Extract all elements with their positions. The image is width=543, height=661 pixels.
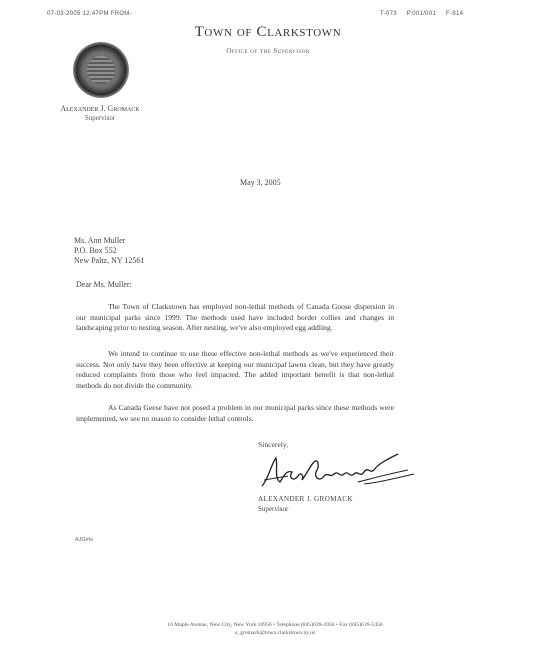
fax-header-right: T-073 P.001/001 F-814 [380, 11, 463, 17]
fax-header-left: 07-03-2005 12:47PM FROM- [47, 11, 132, 17]
letterhead-title: Town of Clarkstown [178, 24, 358, 41]
body-paragraph: The Town of Clarkstown has employed non-… [76, 302, 394, 334]
body-paragraph: We intend to continue to use these effec… [76, 349, 394, 391]
salutation: Dear Ms. Muller: [76, 280, 132, 289]
town-seal-icon [73, 42, 129, 98]
reference-initials: AJG/rls [75, 537, 93, 543]
closing: Sincerely, [258, 440, 288, 449]
recipient-city: New Paltz, NY 12561 [74, 256, 144, 266]
signer-name: ALEXANDER J. GROMACK [258, 495, 353, 503]
letter-date: May 3, 2005 [240, 178, 281, 187]
footer-email: a_gromack@town.clarkstown.ny.us [80, 630, 470, 636]
letterhead-supervisor-title: Supervisor [30, 114, 170, 122]
signature-icon [258, 452, 418, 492]
recipient-po-box: P.O. Box 552 [74, 246, 117, 256]
seal-center [87, 56, 115, 84]
footer-address: 10 Maple Avenue, New City, New York 1095… [80, 622, 470, 628]
recipient-name: Ms. Ann Muller [74, 236, 125, 246]
body-paragraph: As Canada Geese have not posed a problem… [76, 403, 394, 424]
letterhead-supervisor-name: Alexander J. Gromack [30, 104, 170, 113]
signer-title: Supervisor [258, 505, 288, 513]
letterhead-subtitle: Office of the Supervisor [178, 47, 358, 55]
